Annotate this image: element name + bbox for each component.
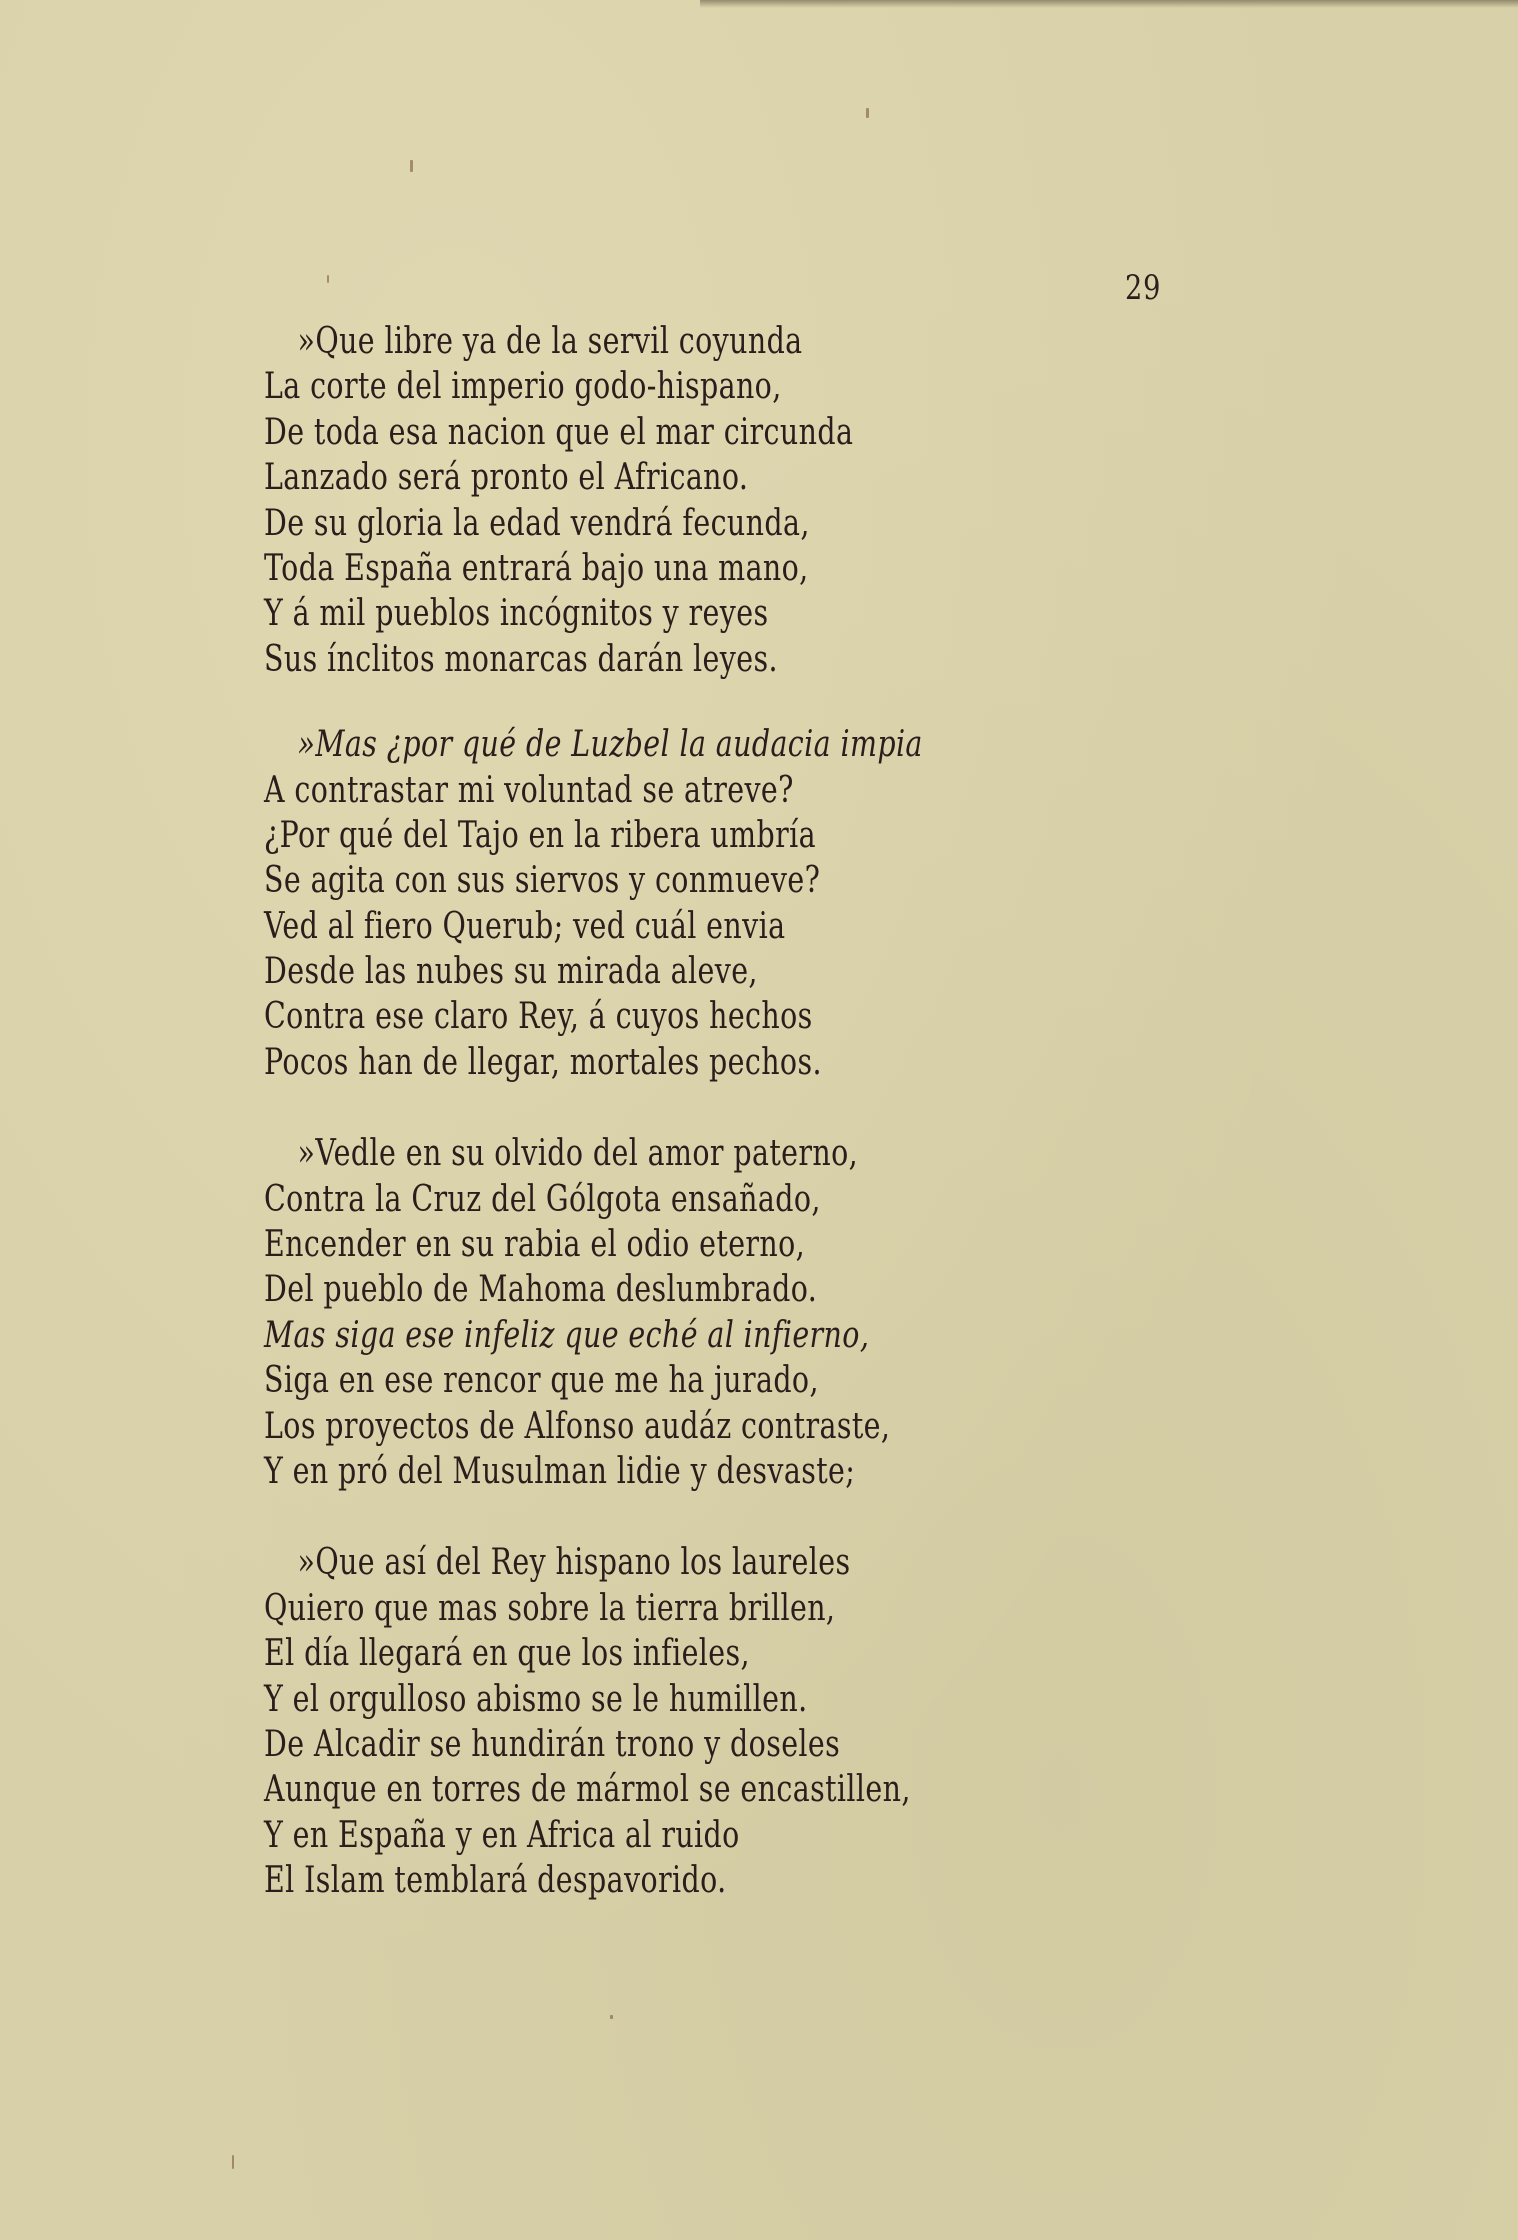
verse-line: Pocos han de llegar, mortales pechos.	[264, 1039, 966, 1084]
paper-speck	[410, 160, 413, 172]
paper-speck	[327, 275, 329, 283]
verse-line: De toda esa nacion que el mar circunda	[264, 409, 966, 454]
verse-line: Sus ínclitos monarcas darán leyes.	[264, 636, 966, 681]
verse-line: Aunque en torres de mármol se encastille…	[264, 1766, 966, 1811]
verse-line: Los proyectos de Alfonso audáz contraste…	[264, 1403, 966, 1448]
page-top-edge-shadow	[700, 0, 1518, 8]
verse-line: Lanzado será pronto el Africano.	[264, 454, 966, 499]
verse-line: »Vedle en su olvido del amor paterno,	[264, 1130, 966, 1175]
verse-line: Mas siga ese infeliz que eché al infiern…	[264, 1312, 966, 1357]
verse-line: Ved al fiero Querub; ved cuál envia	[264, 903, 966, 948]
stanza-2: »Mas ¿por qué de Luzbel la audacia impia…	[264, 721, 1164, 1084]
page-number: 29	[1125, 268, 1161, 308]
verse-line: La corte del imperio godo-hispano,	[264, 363, 966, 408]
verse-line: »Que libre ya de la servil coyunda	[264, 318, 966, 363]
verse-line: Y en España y en Africa al ruido	[264, 1812, 966, 1857]
poem-body: »Que libre ya de la servil coyunda La co…	[264, 318, 1164, 1949]
verse-line: Se agita con sus siervos y conmueve?	[264, 857, 966, 902]
verse-line: Siga en ese rencor que me ha jurado,	[264, 1357, 966, 1402]
paper-speck	[866, 108, 869, 118]
verse-line: Toda España entrará bajo una mano,	[264, 545, 966, 590]
verse-line: Y á mil pueblos incógnitos y reyes	[264, 590, 966, 635]
verse-line: Desde las nubes su mirada aleve,	[264, 948, 966, 993]
verse-line: Y en pró del Musulman lidie y desvaste;	[264, 1448, 966, 1493]
verse-line: A contrastar mi voluntad se atreve?	[264, 767, 966, 812]
verse-line: El Islam temblará despavorido.	[264, 1857, 966, 1902]
verse-line: »Que así del Rey hispano los laureles	[264, 1539, 966, 1584]
verse-line: De Alcadir se hundirán trono y doseles	[264, 1721, 966, 1766]
verse-line: Contra la Cruz del Gólgota ensañado,	[264, 1176, 966, 1221]
paper-speck	[232, 2155, 234, 2169]
verse-line: »Mas ¿por qué de Luzbel la audacia impia	[264, 721, 966, 766]
verse-line: Quiero que mas sobre la tierra brillen,	[264, 1585, 966, 1630]
verse-line: Del pueblo de Mahoma deslumbrado.	[264, 1266, 966, 1311]
verse-line: ¿Por qué del Tajo en la ribera umbría	[264, 812, 966, 857]
stanza-1: »Que libre ya de la servil coyunda La co…	[264, 318, 1164, 681]
verse-line: De su gloria la edad vendrá fecunda,	[264, 500, 966, 545]
paper-speck	[610, 2015, 613, 2019]
verse-line: El día llegará en que los infieles,	[264, 1630, 966, 1675]
verse-line: Y el orgulloso abismo se le humillen.	[264, 1676, 966, 1721]
verse-line: Encender en su rabia el odio eterno,	[264, 1221, 966, 1266]
verse-line: Contra ese claro Rey, á cuyos hechos	[264, 993, 966, 1038]
stanza-4: »Que así del Rey hispano los laureles Qu…	[264, 1539, 1164, 1902]
stanza-3: »Vedle en su olvido del amor paterno, Co…	[264, 1130, 1164, 1493]
